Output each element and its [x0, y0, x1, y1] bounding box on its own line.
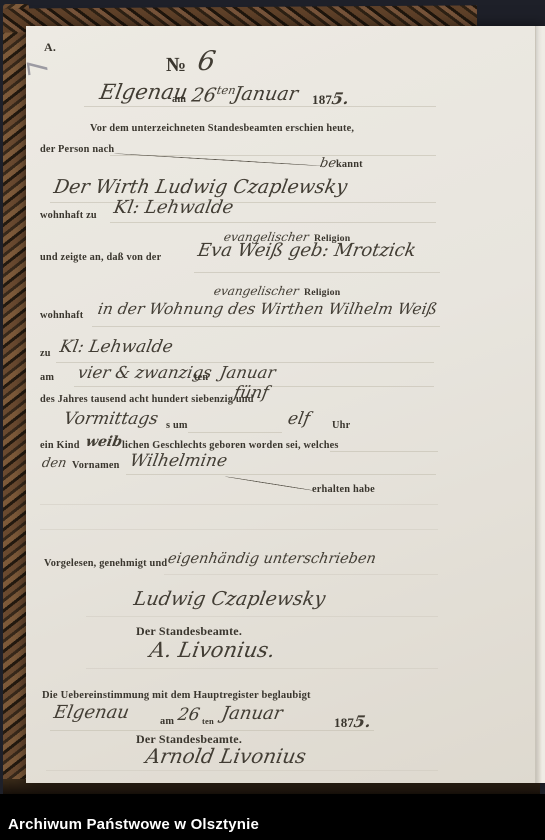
- mother-intro-label: und zeigte an, daß von der: [40, 252, 161, 263]
- mother-name: Eva Weiß geb: Mrotzick: [196, 240, 417, 261]
- cert-year-handwritten: 5.: [352, 712, 372, 731]
- ruled-line: [86, 668, 438, 669]
- year-words-printed: des Jahres tausend acht hundert siebenzi…: [40, 394, 254, 405]
- record-number-prefix: №: [166, 54, 186, 77]
- ruled-line: [50, 730, 374, 731]
- record-number-value: 6: [195, 46, 218, 77]
- time-um-printed: s um: [166, 420, 188, 431]
- ruled-line: [126, 474, 436, 475]
- residence-2-label: wohnhaft: [40, 310, 83, 321]
- ruled-line: [50, 202, 436, 203]
- birth-day-suffix-printed: ten: [194, 372, 208, 383]
- closing-printed: Vorgelesen, genehmigt und: [44, 558, 167, 569]
- declarant-name: Der Wirth Ludwig Czaplewsky: [52, 176, 349, 198]
- archive-watermark-text: Archiwum Państwowe w Olsztynie: [8, 816, 259, 833]
- child-printed-2: lichen Geschlechts geboren worden sei, w…: [122, 440, 339, 451]
- time-daytime: Vormittags: [62, 409, 160, 429]
- signature-registrar-2: Arnold Livonius: [144, 744, 308, 768]
- cert-am-label: am: [160, 716, 174, 727]
- cert-month: Januar: [220, 703, 284, 724]
- ruled-line: [330, 451, 438, 452]
- document-page: 7 A. № 6 Elgenau am 26ten Januar 1875. V…: [26, 26, 545, 783]
- bekannt-printed: kannt: [336, 159, 363, 170]
- header-month: Januar: [232, 83, 300, 105]
- ruled-line: [110, 222, 436, 223]
- ruled-line: [92, 326, 440, 327]
- time-hour: elf: [286, 409, 311, 429]
- ruled-line: [86, 616, 438, 617]
- signature-registrar-1: A. Livonius.: [148, 638, 277, 662]
- cert-year: 1875.: [334, 712, 371, 731]
- header-am-label: am: [172, 94, 186, 105]
- ruled-line: [84, 106, 436, 107]
- ruled-line: [46, 770, 438, 771]
- person-nach-label: der Person nach: [40, 144, 114, 155]
- signature-declarant: Ludwig Czaplewsky: [132, 588, 327, 610]
- birth-am-label: am: [40, 372, 54, 383]
- birth-day-words: vier & zwanzigs: [76, 363, 213, 382]
- erhalten-habe-printed: erhalten habe: [312, 484, 375, 495]
- cert-day: 26: [176, 705, 201, 725]
- cert-place: Elgenau: [52, 702, 131, 723]
- bekannt-handwritten: be: [319, 156, 338, 171]
- vornamen-printed: Vornamen: [72, 460, 120, 471]
- registrar-label-1: Der Standesbeamte.: [136, 624, 242, 639]
- den-handwritten: den: [41, 456, 68, 471]
- birth-month: Januar: [218, 363, 277, 382]
- ink-stroke: [225, 476, 314, 491]
- ruled-line: [188, 432, 282, 433]
- child-first-name: Wilhelmine: [128, 451, 229, 471]
- year-words-handwritten: fünf: [232, 383, 270, 403]
- zu-value: Kl: Lehwalde: [58, 337, 174, 357]
- photo-backdrop: 7 A. № 6 Elgenau am 26ten Januar 1875. V…: [0, 0, 545, 840]
- ruled-line: [164, 574, 438, 575]
- residence-2-value: in der Wohnung des Wirthen Wilhelm Weiß: [96, 300, 438, 318]
- certification-text: Die Uebereinstimmung mit dem Hauptregist…: [42, 690, 311, 701]
- residence-value: Kl: Lehwalde: [112, 197, 235, 218]
- religion-2-printed: Religion: [304, 287, 340, 298]
- pencil-page-number: 7: [22, 57, 55, 78]
- time-uhr-printed: Uhr: [332, 420, 350, 431]
- ruled-line: [40, 529, 438, 530]
- header-day: 26ten: [190, 83, 237, 106]
- ruled-line: [40, 504, 438, 505]
- child-printed-1: ein Kind: [40, 440, 80, 451]
- page-fold-crease: [535, 26, 545, 783]
- religion-2-handwritten: evangelischer: [213, 284, 300, 298]
- section-label: A.: [44, 40, 56, 55]
- cert-day-suffix: ten: [202, 716, 214, 726]
- zu-label: zu: [40, 348, 51, 359]
- archive-watermark-bar: Archiwum Państwowe w Olsztynie: [0, 794, 545, 840]
- residence-label: wohnhaft zu: [40, 210, 97, 221]
- closing-handwritten: eigenhändig unterschrieben: [167, 551, 378, 567]
- child-gender-handwritten: weib: [85, 434, 124, 450]
- intro-text: Vor dem unterzeichneten Standesbeamten e…: [90, 123, 354, 134]
- ruled-line: [194, 272, 440, 273]
